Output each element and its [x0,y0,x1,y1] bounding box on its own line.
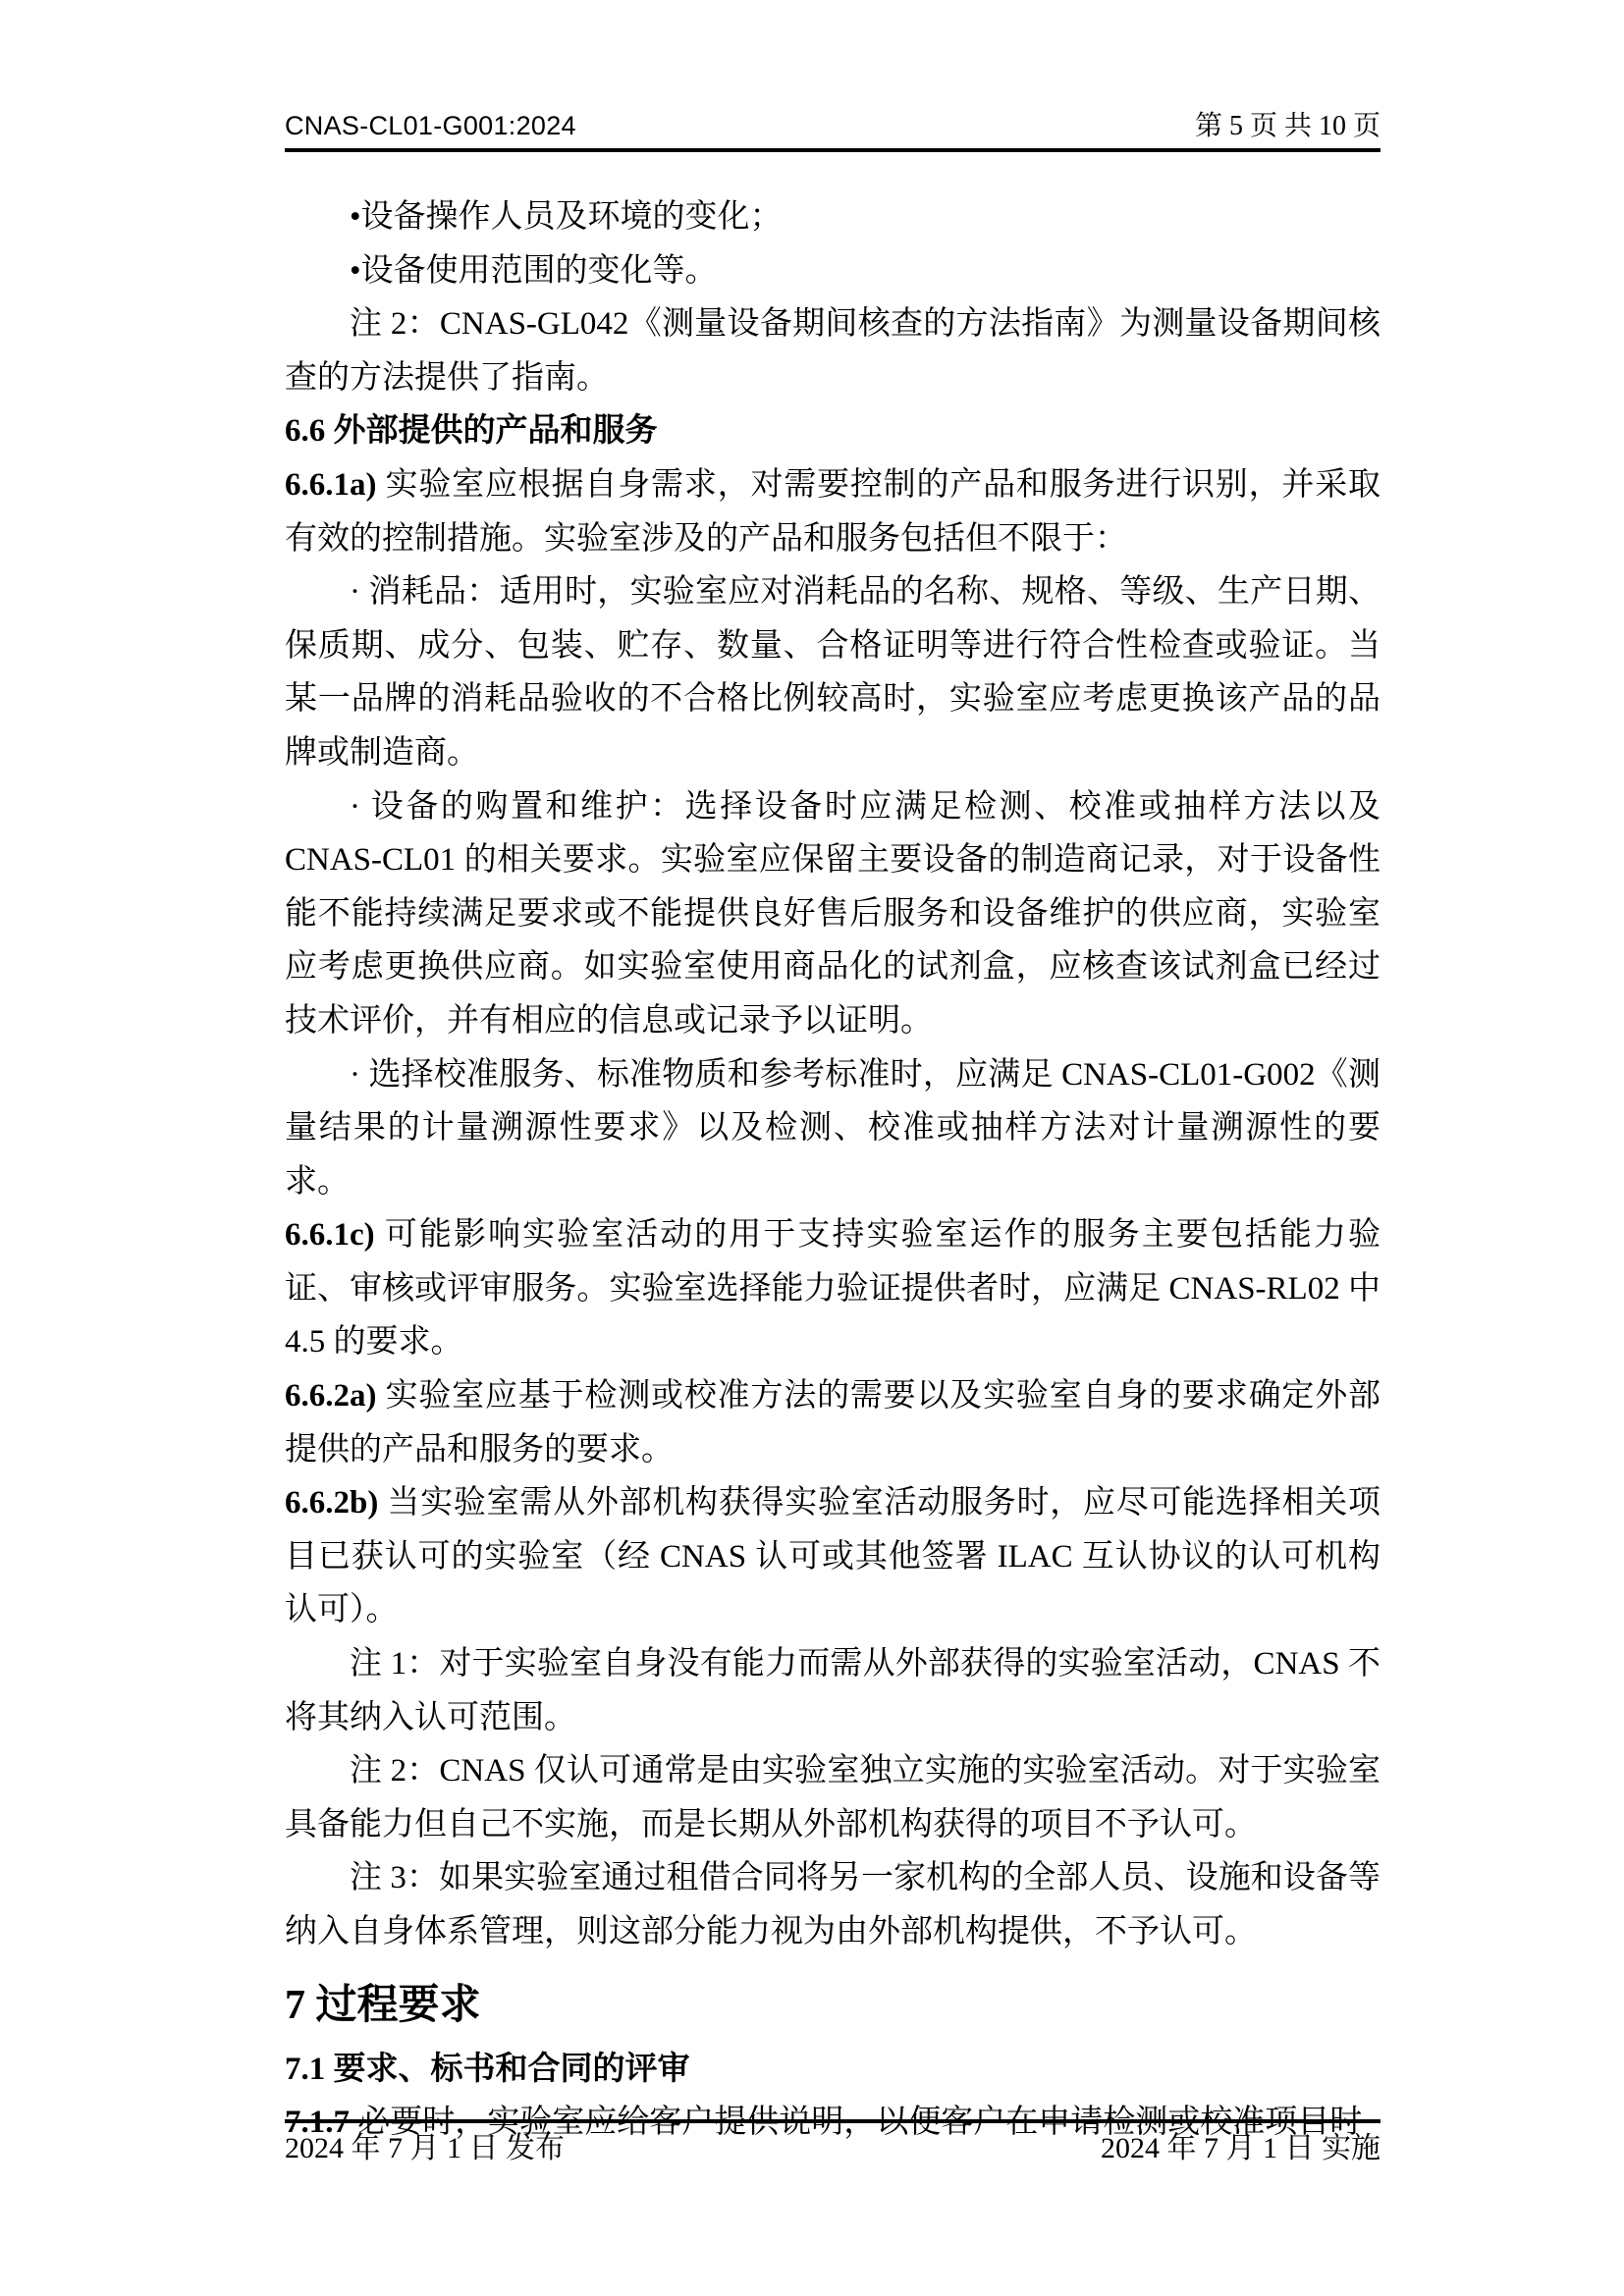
clause-paragraph: 6.6.2b) 当实验室需从外部机构获得实验室活动服务时，应尽可能选择相关项目已… [285,1476,1380,1637]
page-header: CNAS-CL01-G001:2024 第 5 页 共 10 页 [285,110,1380,152]
document-page: CNAS-CL01-G001:2024 第 5 页 共 10 页 •设备操作人员… [0,0,1624,2296]
bullet-item: •设备操作人员及环境的变化； [285,190,1380,244]
note-paragraph: 注 1：对于实验室自身没有能力而需从外部获得的实验室活动，CNAS 不将其纳入认… [285,1637,1380,1744]
chapter-heading: 7 过程要求 [285,1971,1380,2040]
clause-label: 6.6.1a) [285,467,377,503]
clause-label: 6.6.2a) [285,1378,377,1414]
document-body: •设备操作人员及环境的变化；•设备使用范围的变化等。注 2：CNAS-GL042… [285,190,1380,2150]
clause-label: 6.6.2b) [285,1485,378,1521]
doc-number: CNAS-CL01-G001:2024 [285,110,576,142]
clause-paragraph: 6.6.2a) 实验室应基于检测或校准方法的需要以及实验室自身的要求确定外部提供… [285,1369,1380,1476]
bullet-item: · 设备的购置和维护：选择设备时应满足检测、校准或抽样方法以及 CNAS-CL0… [285,780,1380,1048]
clause-paragraph: 6.6.1a) 实验室应根据自身需求，对需要控制的产品和服务进行识别，并采取有效… [285,458,1380,565]
bullet-item: · 消耗品：适用时，实验室应对消耗品的名称、规格、等级、生产日期、保质期、成分、… [285,565,1380,779]
note-paragraph: 注 3：如果实验室通过租借合同将另一家机构的全部人员、设施和设备等纳入自身体系管… [285,1851,1380,1958]
clause-label: 6.6.1c) [285,1217,375,1253]
section-heading: 6.6 外部提供的产品和服务 [285,404,1380,458]
note-paragraph: 注 2：CNAS 仅认可通常是由实验室独立实施的实验室活动。对于实验室具备能力但… [285,1744,1380,1851]
note-paragraph: 注 2：CNAS-GL042《测量设备期间核查的方法指南》为测量设备期间核查的方… [285,297,1380,404]
clause-paragraph: 6.6.1c) 可能影响实验室活动的用于支持实验室运作的服务主要包括能力验证、审… [285,1208,1380,1369]
section-heading: 7.1 要求、标书和合同的评审 [285,2043,1380,2097]
bullet-item: •设备使用范围的变化等。 [285,244,1380,298]
page-footer: 2024 年 7 月 1 日 发布 2024 年 7 月 1 日 实施 [285,2119,1380,2166]
bullet-item: · 选择校准服务、标准物质和参考标准时，应满足 CNAS-CL01-G002《测… [285,1048,1380,1209]
page-number-indicator: 第 5 页 共 10 页 [1195,110,1380,142]
issue-date: 2024 年 7 月 1 日 发布 [285,2131,565,2166]
implement-date: 2024 年 7 月 1 日 实施 [1101,2131,1380,2166]
